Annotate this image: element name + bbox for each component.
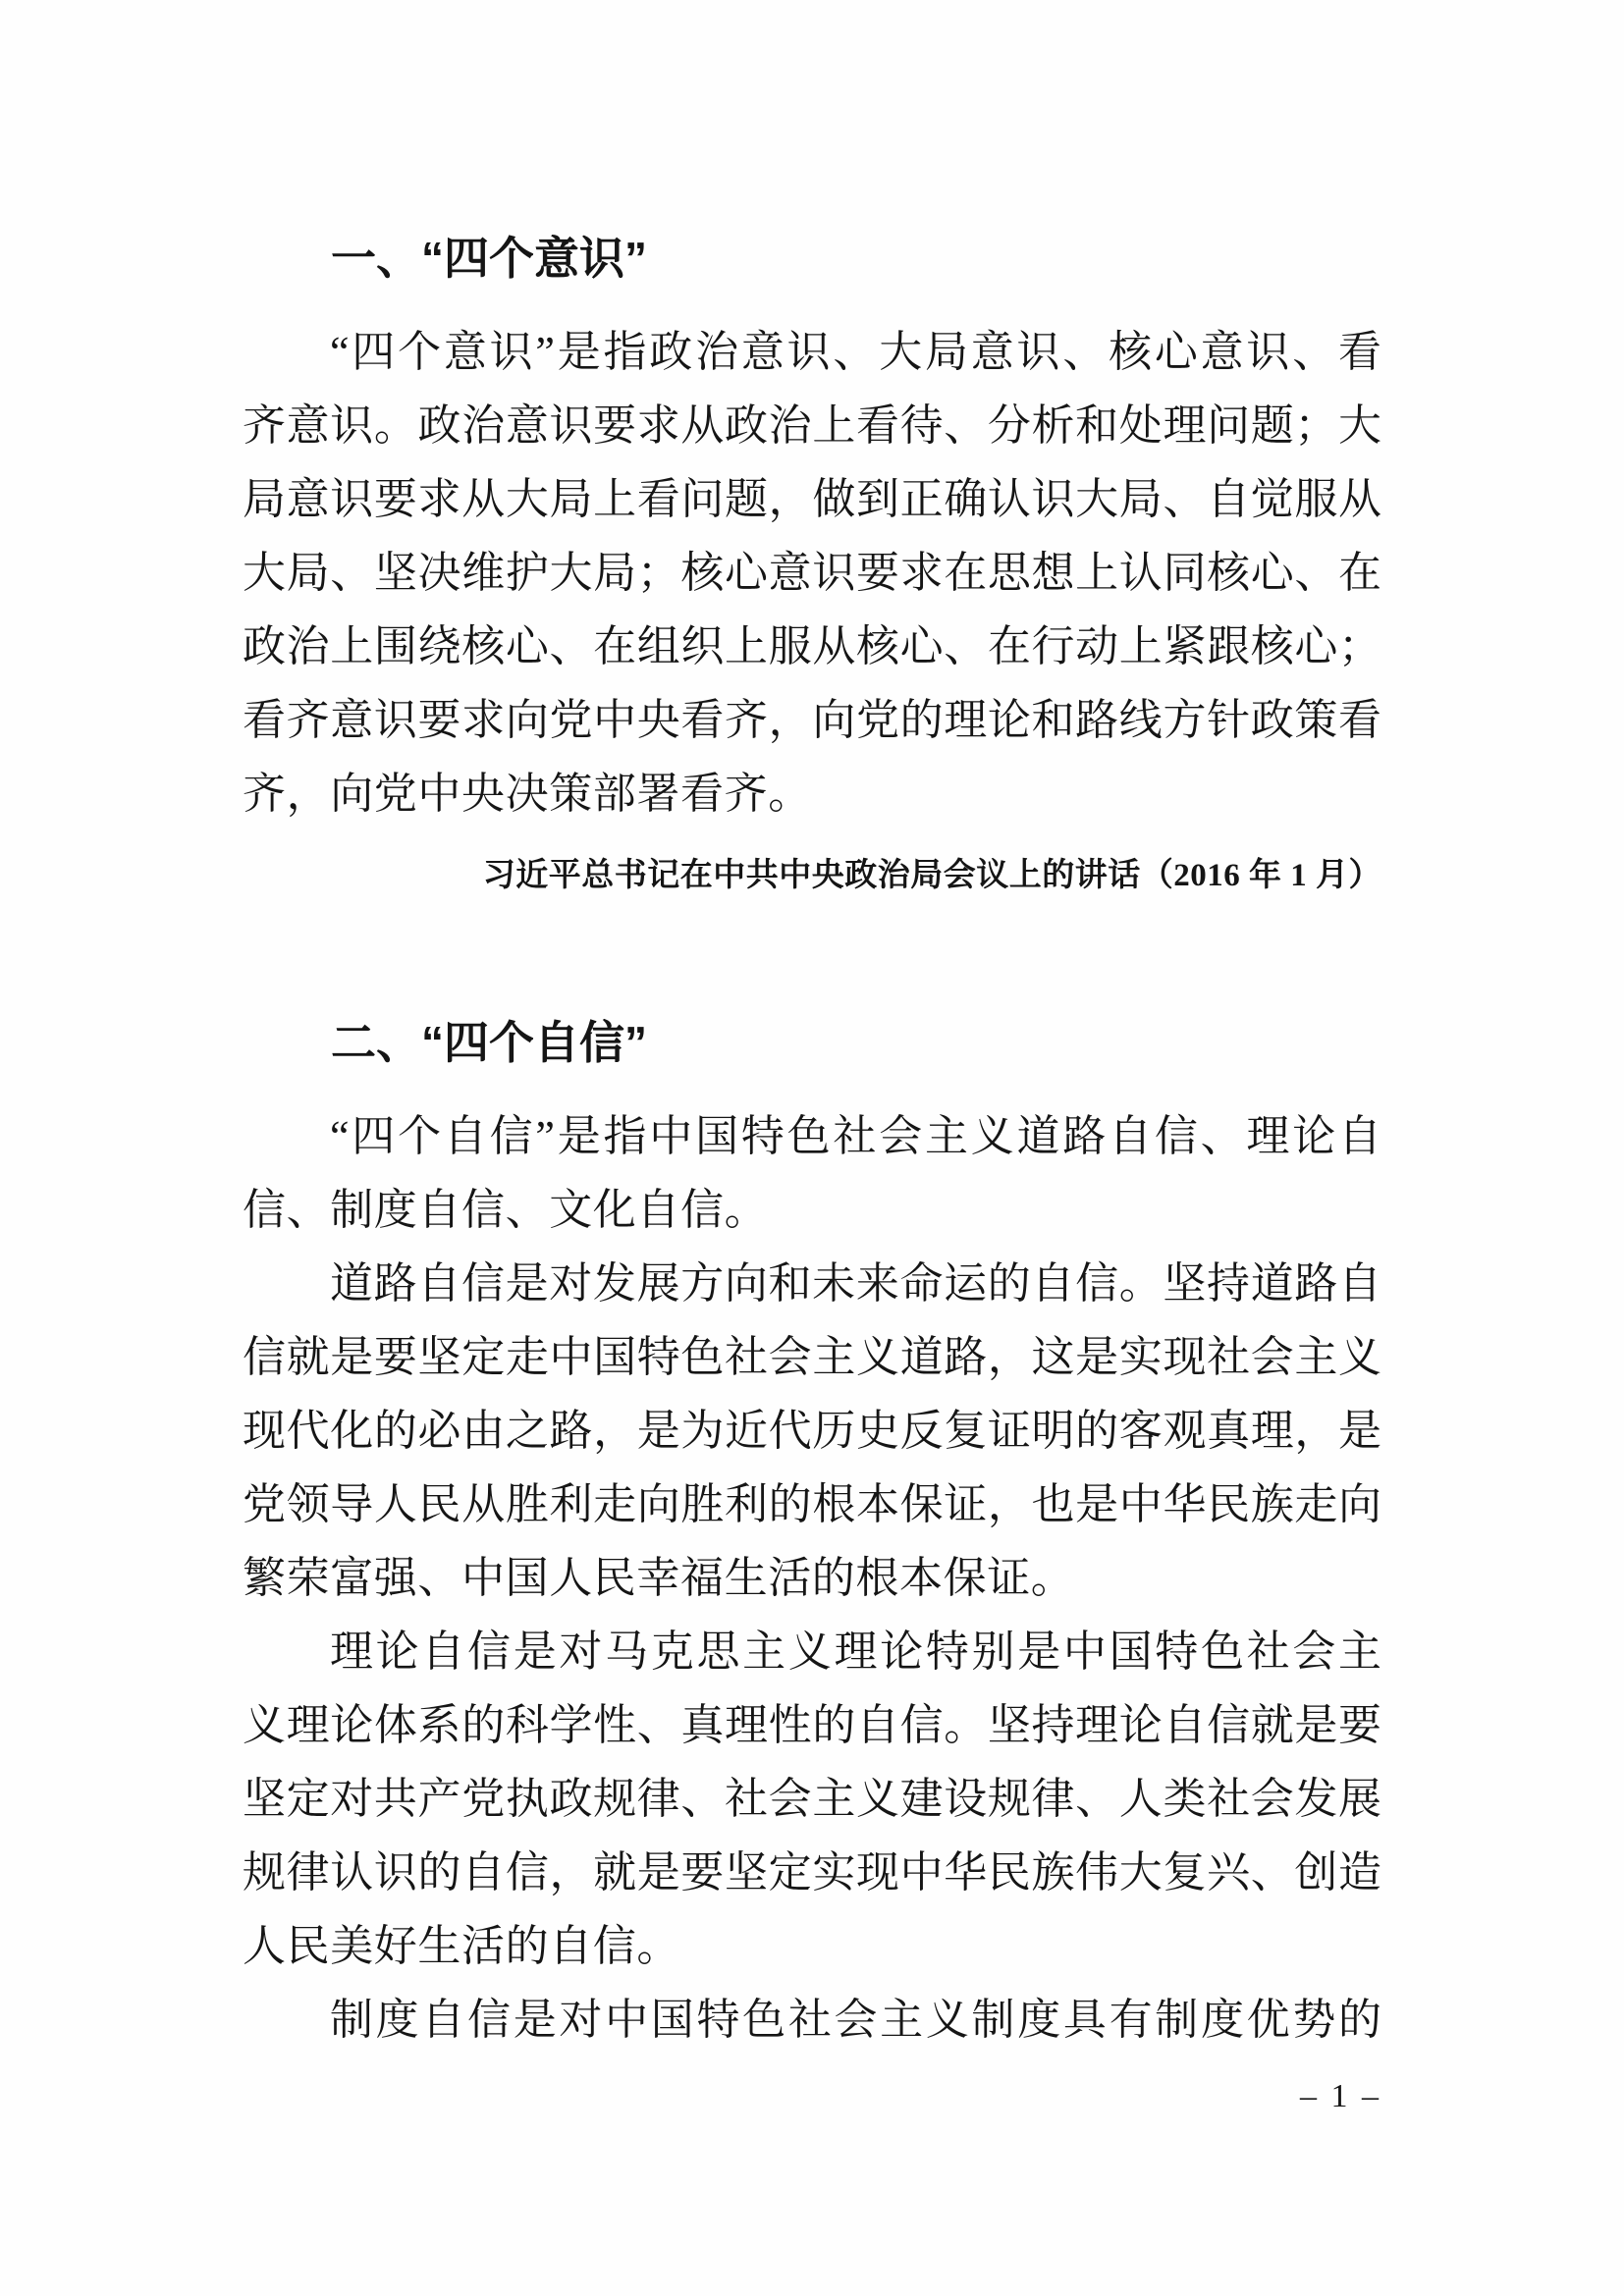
text-line: 齐意识。政治意识要求从政治上看待、分析和处理问题；大 bbox=[243, 389, 1381, 462]
section-heading: 二、“四个自信” bbox=[243, 1015, 1381, 1070]
text-line: 坚定对共产党执政规律、社会主义建设规律、人类社会发展 bbox=[243, 1762, 1381, 1836]
text-line: 道路自信是对发展方向和未来命运的自信。坚持道路自 bbox=[243, 1247, 1381, 1320]
document-page: { "colors": { "background": "#fefefe", "… bbox=[0, 0, 1624, 2296]
paragraph: 理论自信是对马克思主义理论特别是中国特色社会主义理论体系的科学性、真理性的自信。… bbox=[243, 1615, 1381, 1983]
document-body: 一、“四个意识”“四个意识”是指政治意识、大局意识、核心意识、看齐意识。政治意识… bbox=[0, 0, 1624, 2056]
paragraph: 道路自信是对发展方向和未来命运的自信。坚持道路自信就是要坚定走中国特色社会主义道… bbox=[243, 1247, 1381, 1615]
text-line: “四个自信”是指中国特色社会主义道路自信、理论自 bbox=[243, 1099, 1381, 1173]
text-line: 理论自信是对马克思主义理论特别是中国特色社会主 bbox=[243, 1615, 1381, 1688]
text-line: 信就是要坚定走中国特色社会主义道路，这是实现社会主义 bbox=[243, 1320, 1381, 1394]
text-line: 大局、坚决维护大局；核心意识要求在思想上认同核心、在 bbox=[243, 536, 1381, 610]
text-line: 义理论体系的科学性、真理性的自信。坚持理论自信就是要 bbox=[243, 1688, 1381, 1762]
text-line: 党领导人民从胜利走向胜利的根本保证，也是中华民族走向 bbox=[243, 1468, 1381, 1541]
page-number: – 1 – bbox=[1300, 2077, 1381, 2116]
text-line: 制度自信是对中国特色社会主义制度具有制度优势的 bbox=[243, 1983, 1381, 2056]
text-line: 现代化的必由之路，是为近代历史反复证明的客观真理，是 bbox=[243, 1394, 1381, 1468]
text-line: 规律认识的自信，就是要坚定实现中华民族伟大复兴、创造 bbox=[243, 1836, 1381, 1909]
section-heading: 一、“四个意识” bbox=[243, 231, 1381, 286]
text-line: 局意识要求从大局上看问题，做到正确认识大局、自觉服从 bbox=[243, 462, 1381, 536]
text-line: 齐，向党中央决策部署看齐。 bbox=[243, 757, 1381, 830]
text-line: 人民美好生活的自信。 bbox=[243, 1909, 1381, 1983]
attribution-line: 习近平总书记在中共中央政治局会议上的讲话（2016 年 1 月） bbox=[243, 854, 1381, 897]
section: 一、“四个意识”“四个意识”是指政治意识、大局意识、核心意识、看齐意识。政治意识… bbox=[243, 231, 1381, 897]
paragraph: 制度自信是对中国特色社会主义制度具有制度优势的 bbox=[243, 1983, 1381, 2056]
text-line: 繁荣富强、中国人民幸福生活的根本保证。 bbox=[243, 1541, 1381, 1615]
text-line: “四个意识”是指政治意识、大局意识、核心意识、看 bbox=[243, 315, 1381, 389]
text-line: 信、制度自信、文化自信。 bbox=[243, 1173, 1381, 1247]
paragraph: “四个意识”是指政治意识、大局意识、核心意识、看齐意识。政治意识要求从政治上看待… bbox=[243, 315, 1381, 830]
text-line: 政治上围绕核心、在组织上服从核心、在行动上紧跟核心； bbox=[243, 610, 1381, 683]
paragraph: “四个自信”是指中国特色社会主义道路自信、理论自信、制度自信、文化自信。 bbox=[243, 1099, 1381, 1247]
text-line: 看齐意识要求向党中央看齐，向党的理论和路线方针政策看 bbox=[243, 683, 1381, 757]
section: 二、“四个自信”“四个自信”是指中国特色社会主义道路自信、理论自信、制度自信、文… bbox=[243, 1015, 1381, 2056]
